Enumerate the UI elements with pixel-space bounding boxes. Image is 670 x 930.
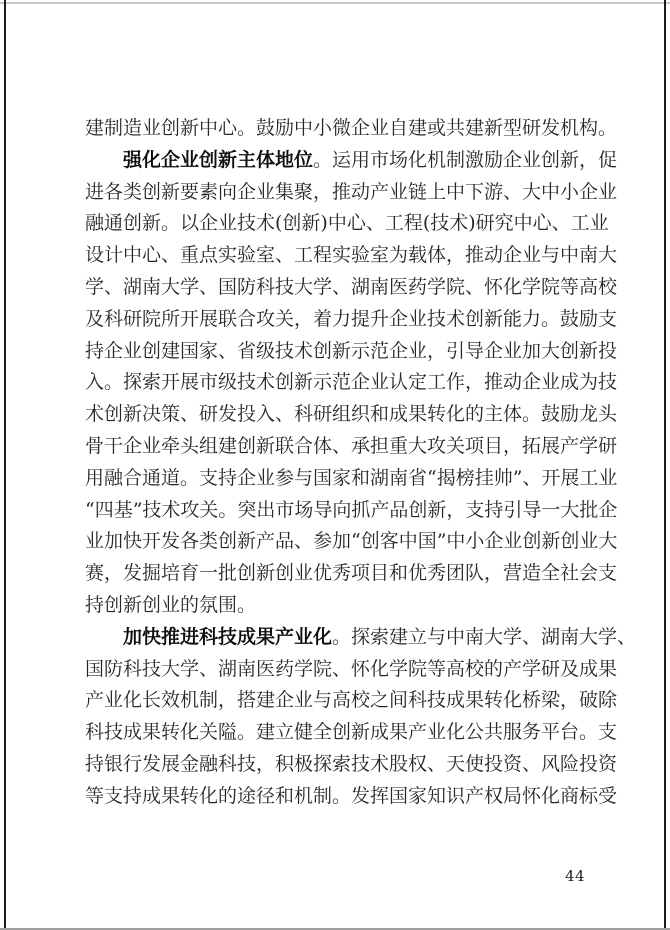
heading-text: 加快推进科技成果产业化: [123, 626, 332, 648]
body-text: 术创新决策、研发投入、科研组织和成果转化的主体。鼓励龙头: [85, 403, 617, 425]
text-line: 入。探索开展市级技术创新示范企业认定工作，推动企业成为技: [85, 367, 606, 399]
text-line: 骨干企业牵头组建创新联合体、承担重大攻关项目，拓展产学研: [85, 431, 606, 463]
body-text: 进各类创新要素向企业集聚，推动产业链上中下游、大中小企业: [85, 181, 617, 203]
text-line: 等支持成果转化的途径和机制。发挥国家知识产权局怀化商标受: [85, 781, 606, 813]
page-border-top: [0, 2, 670, 4]
body-text: 等支持成果转化的途径和机制。发挥国家知识产权局怀化商标受: [85, 785, 617, 807]
body-text: 骨干企业牵头组建创新联合体、承担重大攻关项目，拓展产学研: [85, 435, 617, 457]
text-line: 业加快开发各类创新产品、参加“创客中国”中小企业创新创业大: [85, 526, 606, 558]
text-line: 赛，发掘培育一批创新创业优秀项目和优秀团队，营造全社会支: [85, 558, 606, 590]
text-line: 加快推进科技成果产业化。探索建立与中南大学、湖南大学、: [85, 622, 606, 654]
page-number: 44: [560, 867, 590, 885]
page-border-left: [4, 0, 6, 930]
text-line: 学、湖南大学、国防科技大学、湖南医药学院、怀化学院等高校: [85, 272, 606, 304]
text-line: 持银行发展金融科技，积极探索技术股权、天使投资、风险投资: [85, 749, 606, 781]
body-text: 建制造业创新中心。鼓励中小微企业自建或共建新型研发机构。: [85, 117, 617, 139]
body-text: “四基”技术攻关。突出市场导向抓产品创新，支持引导一大批企: [85, 499, 617, 521]
heading-text: 强化企业创新主体地位: [123, 149, 313, 171]
text-line: “四基”技术攻关。突出市场导向抓产品创新，支持引导一大批企: [85, 495, 606, 527]
document-page: 建制造业创新中心。鼓励中小微企业自建或共建新型研发机构。强化企业创新主体地位。运…: [0, 0, 670, 930]
body-text: 产业化长效机制，搭建企业与高校之间科技成果转化桥梁，破除: [85, 689, 617, 711]
body-text: 国防科技大学、湖南医药学院、怀化学院等高校的产学研及成果: [85, 658, 617, 680]
body-text: 用融合通道。支持企业参与国家和湖南省“揭榜挂帅”、开展工业: [85, 467, 617, 489]
text-line: 术创新决策、研发投入、科研组织和成果转化的主体。鼓励龙头: [85, 399, 606, 431]
body-text: 及科研院所开展联合攻关，着力提升企业技术创新能力。鼓励支: [85, 308, 617, 330]
text-line: 持企业创建国家、省级技术创新示范企业，引导企业加大创新投: [85, 336, 606, 368]
body-text: 赛，发掘培育一批创新创业优秀项目和优秀团队，营造全社会支: [85, 562, 617, 584]
text-line: 及科研院所开展联合攻关，着力提升企业技术创新能力。鼓励支: [85, 304, 606, 336]
body-text: 持创新创业的氛围。: [85, 594, 256, 616]
body-text: 科技成果转化关隘。建立健全创新成果产业化公共服务平台。支: [85, 721, 617, 743]
text-line: 设计中心、重点实验室、工程实验室为载体，推动企业与中南大: [85, 240, 606, 272]
text-line: 强化企业创新主体地位。运用市场化机制激励企业创新，促: [85, 145, 606, 177]
body-text: 入。探索开展市级技术创新示范企业认定工作，推动企业成为技: [85, 371, 617, 393]
text-line: 用融合通道。支持企业参与国家和湖南省“揭榜挂帅”、开展工业: [85, 463, 606, 495]
body-text: 融通创新。以企业技术(创新)中心、工程(技术)研究中心、工业: [85, 212, 609, 234]
document-text: 建制造业创新中心。鼓励中小微企业自建或共建新型研发机构。强化企业创新主体地位。运…: [85, 113, 606, 813]
text-line: 科技成果转化关隘。建立健全创新成果产业化公共服务平台。支: [85, 717, 606, 749]
text-line: 持创新创业的氛围。: [85, 590, 606, 622]
text-line: 产业化长效机制，搭建企业与高校之间科技成果转化桥梁，破除: [85, 685, 606, 717]
body-text: 。运用市场化机制激励企业创新，促: [313, 149, 617, 171]
text-line: 建制造业创新中心。鼓励中小微企业自建或共建新型研发机构。: [85, 113, 606, 145]
text-line: 国防科技大学、湖南医药学院、怀化学院等高校的产学研及成果: [85, 654, 606, 686]
text-line: 融通创新。以企业技术(创新)中心、工程(技术)研究中心、工业: [85, 208, 606, 240]
page-border-right: [664, 0, 666, 930]
body-text: 持企业创建国家、省级技术创新示范企业，引导企业加大创新投: [85, 340, 617, 362]
body-text: 学、湖南大学、国防科技大学、湖南医药学院、怀化学院等高校: [85, 276, 617, 298]
body-text: 设计中心、重点实验室、工程实验室为载体，推动企业与中南大: [85, 244, 617, 266]
text-line: 进各类创新要素向企业集聚，推动产业链上中下游、大中小企业: [85, 177, 606, 209]
body-text: 。探索建立与中南大学、湖南大学、: [332, 626, 636, 648]
body-text: 持银行发展金融科技，积极探索技术股权、天使投资、风险投资: [85, 753, 617, 775]
body-text: 业加快开发各类创新产品、参加“创客中国”中小企业创新创业大: [85, 530, 617, 552]
